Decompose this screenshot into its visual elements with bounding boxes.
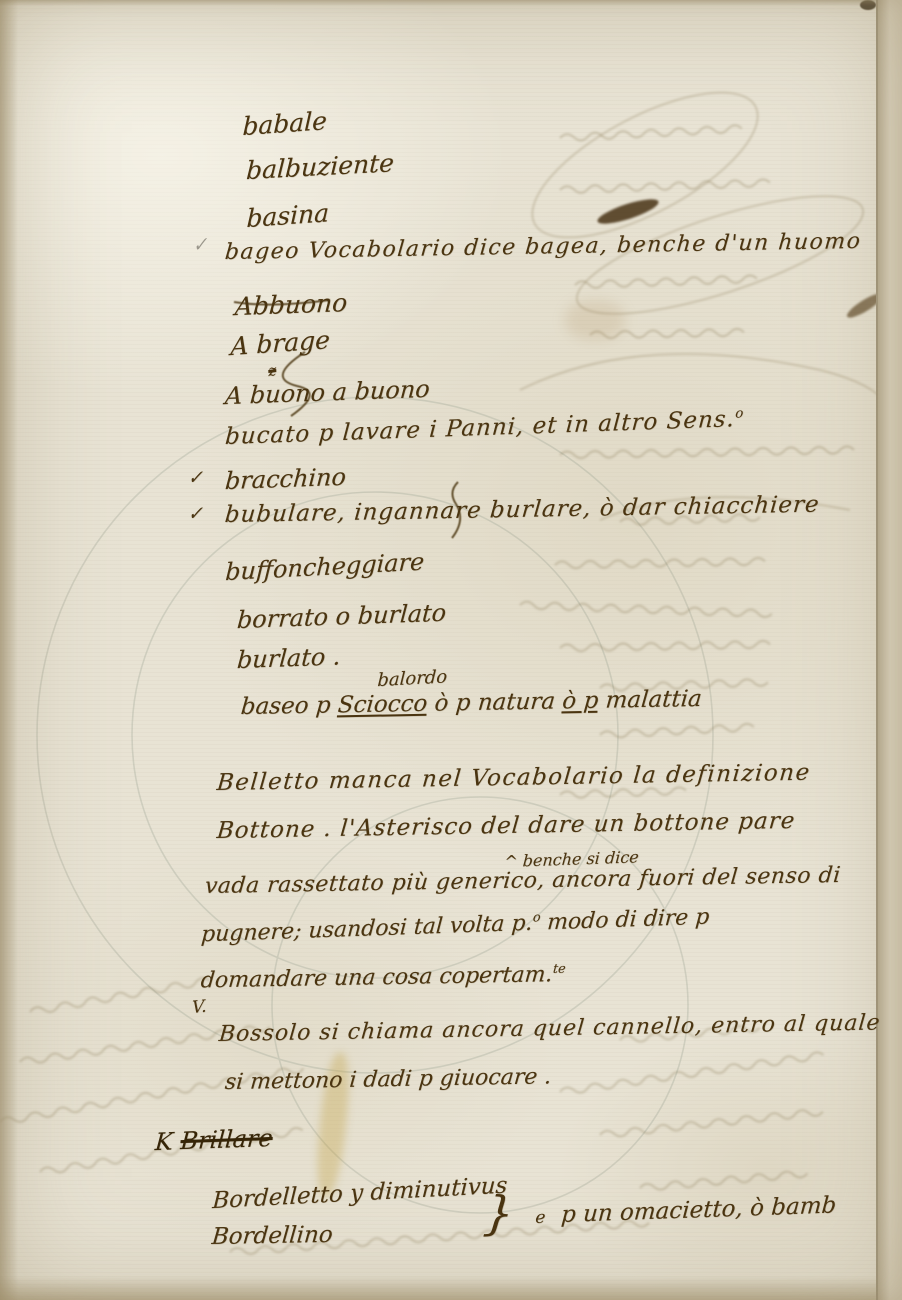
manuscript-text: babale bbox=[242, 106, 327, 141]
manuscript-text: z bbox=[268, 361, 276, 380]
handwriting-layer: babalebalbuzientebasina✓bageo Vocabolari… bbox=[0, 0, 902, 1300]
manuscript-line: balbuziente bbox=[245, 148, 394, 185]
manuscript-text: Bordellino bbox=[211, 1222, 334, 1250]
manuscript-line: A buono a buono bbox=[224, 375, 431, 410]
manuscript-line: si mettono i dadi p giuocare . bbox=[224, 1064, 553, 1095]
manuscript-text: } bbox=[481, 1186, 516, 1240]
manuscript-line: K Brillare bbox=[154, 1124, 274, 1156]
manuscript-line: ✓ bbox=[188, 503, 203, 525]
manuscript-line: V. bbox=[192, 996, 207, 1018]
manuscript-text: Bossolo si chiama ancora quel cannello, … bbox=[218, 1010, 882, 1047]
manuscript-text: bubulare, ingannare burlare, ò dar chiac… bbox=[224, 492, 821, 528]
manuscript-text: balordo bbox=[377, 666, 448, 691]
manuscript-text: Sciocco bbox=[337, 691, 429, 719]
manuscript-line: balordo bbox=[377, 666, 448, 691]
manuscript-text: te bbox=[552, 962, 566, 977]
manuscript-line: buffoncheggiare bbox=[225, 548, 425, 587]
manuscript-text: ò p natura bbox=[426, 688, 563, 716]
manuscript-text: Belletto manca nel Vocabolario la defini… bbox=[216, 760, 812, 796]
manuscript-text: V. bbox=[192, 996, 207, 1018]
manuscript-line: e bbox=[535, 1208, 546, 1228]
manuscript-line: p un omacietto, ò bamb bbox=[560, 1192, 837, 1228]
manuscript-line: vada rassettato più generico, ancora fuo… bbox=[204, 863, 842, 899]
manuscript-text: burlato . bbox=[236, 642, 342, 674]
manuscript-line: baseo p Sciocco ò p natura ò p malattia bbox=[240, 686, 703, 720]
manuscript-text: Brillare bbox=[180, 1124, 274, 1155]
manuscript-text: A brage bbox=[230, 325, 330, 361]
manuscript-text: A buono a buono bbox=[224, 375, 431, 410]
manuscript-text: e bbox=[535, 1208, 546, 1228]
manuscript-line: z bbox=[268, 361, 276, 380]
manuscript-text: ò p bbox=[561, 688, 599, 715]
manuscript-line: } bbox=[481, 1186, 516, 1240]
manuscript-text: balbuziente bbox=[245, 148, 394, 185]
manuscript-line: pugnere; usandosi tal volta p.o modo di … bbox=[200, 904, 710, 947]
manuscript-text: si mettono i dadi p giuocare . bbox=[224, 1064, 553, 1095]
manuscript-line: Bordelletto y diminutivus bbox=[212, 1173, 508, 1215]
manuscript-text: baseo p bbox=[240, 692, 339, 720]
manuscript-text: buffoncheggiare bbox=[225, 548, 425, 587]
manuscript-text: Bottone . l'Asterisco del dare un botton… bbox=[216, 808, 797, 844]
manuscript-text: p un omacietto, ò bamb bbox=[560, 1192, 837, 1228]
manuscript-line: bucato p lavare i Panni, et in altro Sen… bbox=[224, 406, 745, 450]
manuscript-page: babalebalbuzientebasina✓bageo Vocabolari… bbox=[0, 0, 902, 1300]
manuscript-text: Abbuono bbox=[234, 288, 348, 321]
manuscript-text: ✓ bbox=[192, 233, 208, 257]
manuscript-text: basina bbox=[246, 198, 330, 233]
manuscript-line: bracchino bbox=[224, 463, 347, 495]
manuscript-text: bracchino bbox=[224, 463, 347, 495]
manuscript-line: ✓ bbox=[188, 467, 203, 489]
manuscript-text: malattia bbox=[597, 686, 703, 714]
manuscript-text: domandare una cosa copertam. bbox=[200, 962, 554, 993]
manuscript-line: Abbuono bbox=[234, 288, 348, 321]
manuscript-text: pugnere; usandosi tal volta p. bbox=[200, 911, 533, 948]
manuscript-text: ✓ bbox=[188, 503, 203, 525]
manuscript-text: modo di dire p bbox=[539, 905, 710, 936]
manuscript-line: bubulare, ingannare burlare, ò dar chiac… bbox=[224, 492, 821, 528]
manuscript-line: Belletto manca nel Vocabolario la defini… bbox=[216, 760, 812, 796]
manuscript-line: ✓ bbox=[192, 233, 208, 257]
manuscript-text: Bordelletto y diminutivus bbox=[212, 1173, 508, 1215]
manuscript-text: vada rassettato più generico, ancora fuo… bbox=[204, 863, 842, 899]
manuscript-line: babale bbox=[242, 106, 327, 141]
manuscript-line: Bordellino bbox=[211, 1222, 334, 1250]
manuscript-text: bageo Vocabolario dice bagea, benche d'u… bbox=[224, 229, 863, 265]
manuscript-line: domandare una cosa copertam.te bbox=[200, 962, 566, 994]
manuscript-text: borrato o burlato bbox=[236, 599, 447, 634]
manuscript-text: bucato p lavare i Panni, et in altro Sen… bbox=[224, 406, 736, 450]
manuscript-line: basina bbox=[246, 198, 330, 233]
manuscript-line: burlato . bbox=[236, 642, 342, 674]
manuscript-line: borrato o burlato bbox=[236, 599, 447, 634]
manuscript-line: A brage bbox=[230, 325, 330, 361]
manuscript-line: Bossolo si chiama ancora quel cannello, … bbox=[218, 1010, 882, 1047]
manuscript-line: bageo Vocabolario dice bagea, benche d'u… bbox=[224, 229, 863, 265]
manuscript-line: Bottone . l'Asterisco del dare un botton… bbox=[216, 808, 797, 844]
manuscript-text: o bbox=[735, 406, 745, 421]
manuscript-text: K bbox=[154, 1127, 182, 1156]
manuscript-text: ✓ bbox=[188, 467, 203, 489]
